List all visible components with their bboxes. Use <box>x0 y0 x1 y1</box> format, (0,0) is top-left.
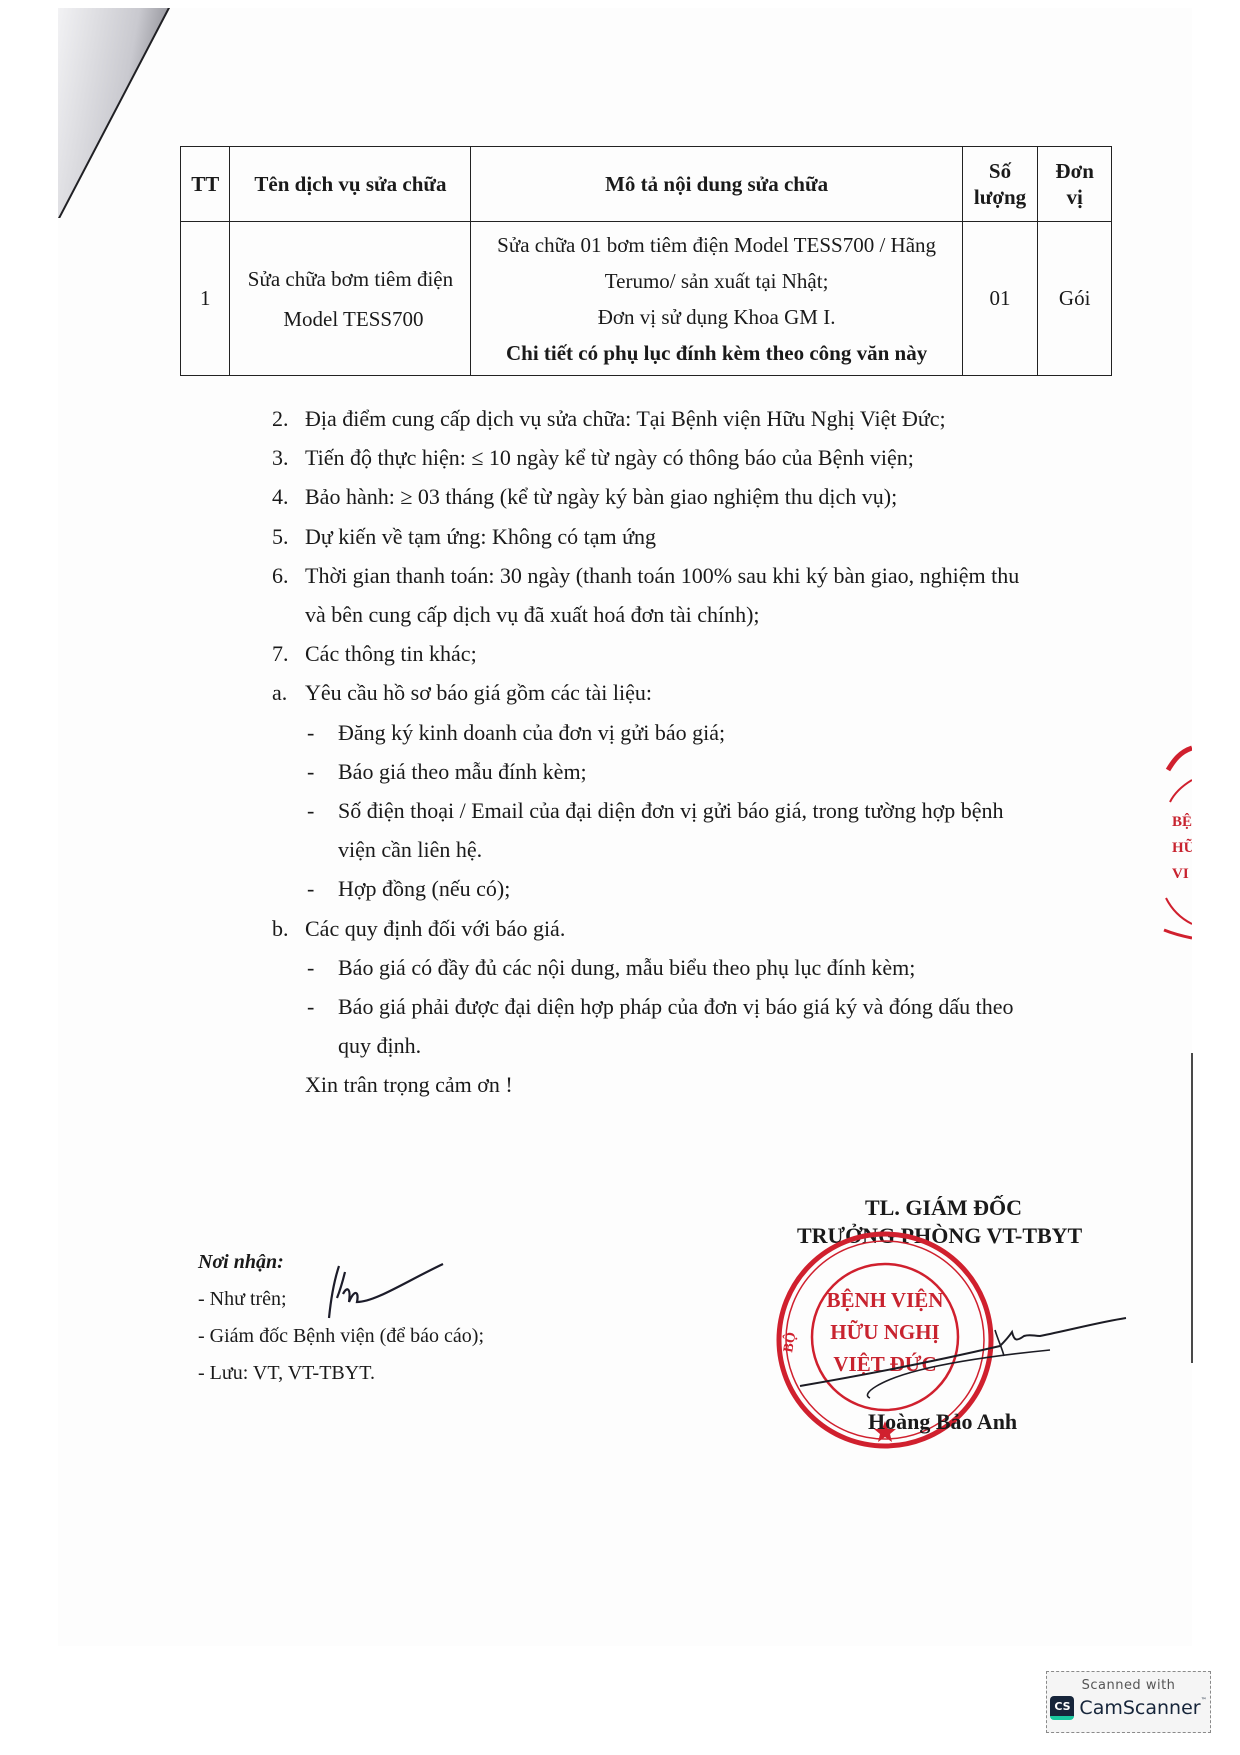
header-quantity-line1: Số <box>969 158 1032 184</box>
cell-description: Sửa chữa 01 bơm tiêm điện Model TESS700 … <box>471 222 962 376</box>
header-unit: Đơn vị <box>1038 147 1112 222</box>
trademark-symbol: ™ <box>1201 1697 1207 1704</box>
list-text: Yêu cầu hồ sơ báo giá gồm các tài liệu: <box>305 680 652 706</box>
watermark-brand: CamScanner™ <box>1079 1697 1206 1719</box>
list-marker: 7. <box>272 641 289 667</box>
list-text: Xin trân trọng cảm ơn ! <box>305 1072 513 1098</box>
list-text: quy định. <box>338 1033 421 1059</box>
list-marker: - <box>307 759 314 785</box>
list-marker: - <box>307 798 314 824</box>
list-text: Tiến độ thực hiện: ≤ 10 ngày kể từ ngày … <box>305 445 914 471</box>
list-marker: - <box>307 994 314 1020</box>
list-text: Các quy định đối với báo giá. <box>305 916 565 942</box>
camscanner-watermark: Scanned with CS CamScanner™ <box>1046 1671 1211 1733</box>
cell-tt: 1 <box>181 222 230 376</box>
signer-name: Hoàng Bảo Anh <box>868 1409 1017 1435</box>
list-marker: a. <box>272 680 287 706</box>
description-line3: Đơn vị sử dụng Khoa GM I. <box>477 299 955 335</box>
recipient-line: - Lưu: VT, VT-TBYT. <box>198 1355 484 1392</box>
svg-text:HỮ: HỮ <box>1172 838 1192 856</box>
list-text: Bảo hành: ≥ 03 tháng (kể từ ngày ký bàn … <box>305 484 897 510</box>
list-marker: 6. <box>272 563 289 589</box>
cell-quantity: 01 <box>962 222 1038 376</box>
description-note: Chi tiết có phụ lục đính kèm theo công v… <box>477 335 955 371</box>
list-marker: b. <box>272 916 289 942</box>
watermark-brand-text: CamScanner <box>1079 1697 1200 1719</box>
table-header-row: TT Tên dịch vụ sửa chữa Mô tả nội dung s… <box>181 147 1112 222</box>
list-marker: 4. <box>272 484 289 510</box>
header-tt: TT <box>181 147 230 222</box>
list-marker: 2. <box>272 406 289 432</box>
initials-signature-icon <box>315 1258 445 1328</box>
list-text: Đăng ký kinh doanh của đơn vị gửi báo gi… <box>338 720 725 746</box>
cell-service-name: Sửa chữa bơm tiêm điện Model TESS700 <box>230 222 471 376</box>
watermark-caption: Scanned with <box>1047 1678 1210 1693</box>
list-marker: 5. <box>272 524 289 550</box>
list-text: Các thông tin khác; <box>305 641 477 667</box>
service-name-line1: Sửa chữa bơm tiêm điện <box>236 259 464 299</box>
service-name-line2: Model TESS700 <box>236 299 464 339</box>
repair-service-table: TT Tên dịch vụ sửa chữa Mô tả nội dung s… <box>180 146 1112 376</box>
list-text: Thời gian thanh toán: 30 ngày (thanh toá… <box>305 563 1019 589</box>
partial-stamp-icon: BỆ HỮ VI <box>1160 740 1192 940</box>
description-line1: Sửa chữa 01 bơm tiêm điện Model TESS700 … <box>477 227 955 263</box>
camscanner-logo-icon: CS <box>1050 1696 1074 1720</box>
list-text: Dự kiến về tạm ứng: Không có tạm ứng <box>305 524 656 550</box>
cell-unit: Gói <box>1038 222 1112 376</box>
list-text: Báo giá theo mẫu đính kèm; <box>338 759 587 785</box>
list-text: Báo giá có đầy đủ các nội dung, mẫu biểu… <box>338 955 915 981</box>
table-row: 1 Sửa chữa bơm tiêm điện Model TESS700 S… <box>181 222 1112 376</box>
list-marker: 3. <box>272 445 289 471</box>
list-text: Địa điểm cung cấp dịch vụ sửa chữa: Tại … <box>305 406 946 432</box>
list-marker: - <box>307 876 314 902</box>
header-unit-line2: vị <box>1044 184 1105 210</box>
svg-text:VI: VI <box>1172 866 1189 882</box>
list-text: Số điện thoại / Email của đại diện đơn v… <box>338 798 1003 824</box>
scan-edge-line <box>1191 1053 1193 1363</box>
header-unit-line1: Đơn <box>1044 158 1105 184</box>
list-text: Báo giá phải được đại diện hợp pháp của … <box>338 994 1014 1020</box>
header-quantity: Số lượng <box>962 147 1038 222</box>
description-line2: Terumo/ sản xuất tại Nhật; <box>477 263 955 299</box>
list-text: viện cần liên hệ. <box>338 837 482 863</box>
header-description: Mô tả nội dung sửa chữa <box>471 147 962 222</box>
svg-text:BỆ: BỆ <box>1172 813 1192 830</box>
header-service-name: Tên dịch vụ sửa chữa <box>230 147 471 222</box>
header-quantity-line2: lượng <box>969 184 1032 210</box>
signature-title-line1: TL. GIÁM ĐỐC <box>865 1195 1022 1221</box>
director-signature-icon <box>790 1290 1130 1400</box>
list-marker: - <box>307 720 314 746</box>
list-marker: - <box>307 955 314 981</box>
list-text: và bên cung cấp dịch vụ đã xuất hoá đơn … <box>305 602 760 628</box>
list-text: Hợp đồng (nếu có); <box>338 876 510 902</box>
